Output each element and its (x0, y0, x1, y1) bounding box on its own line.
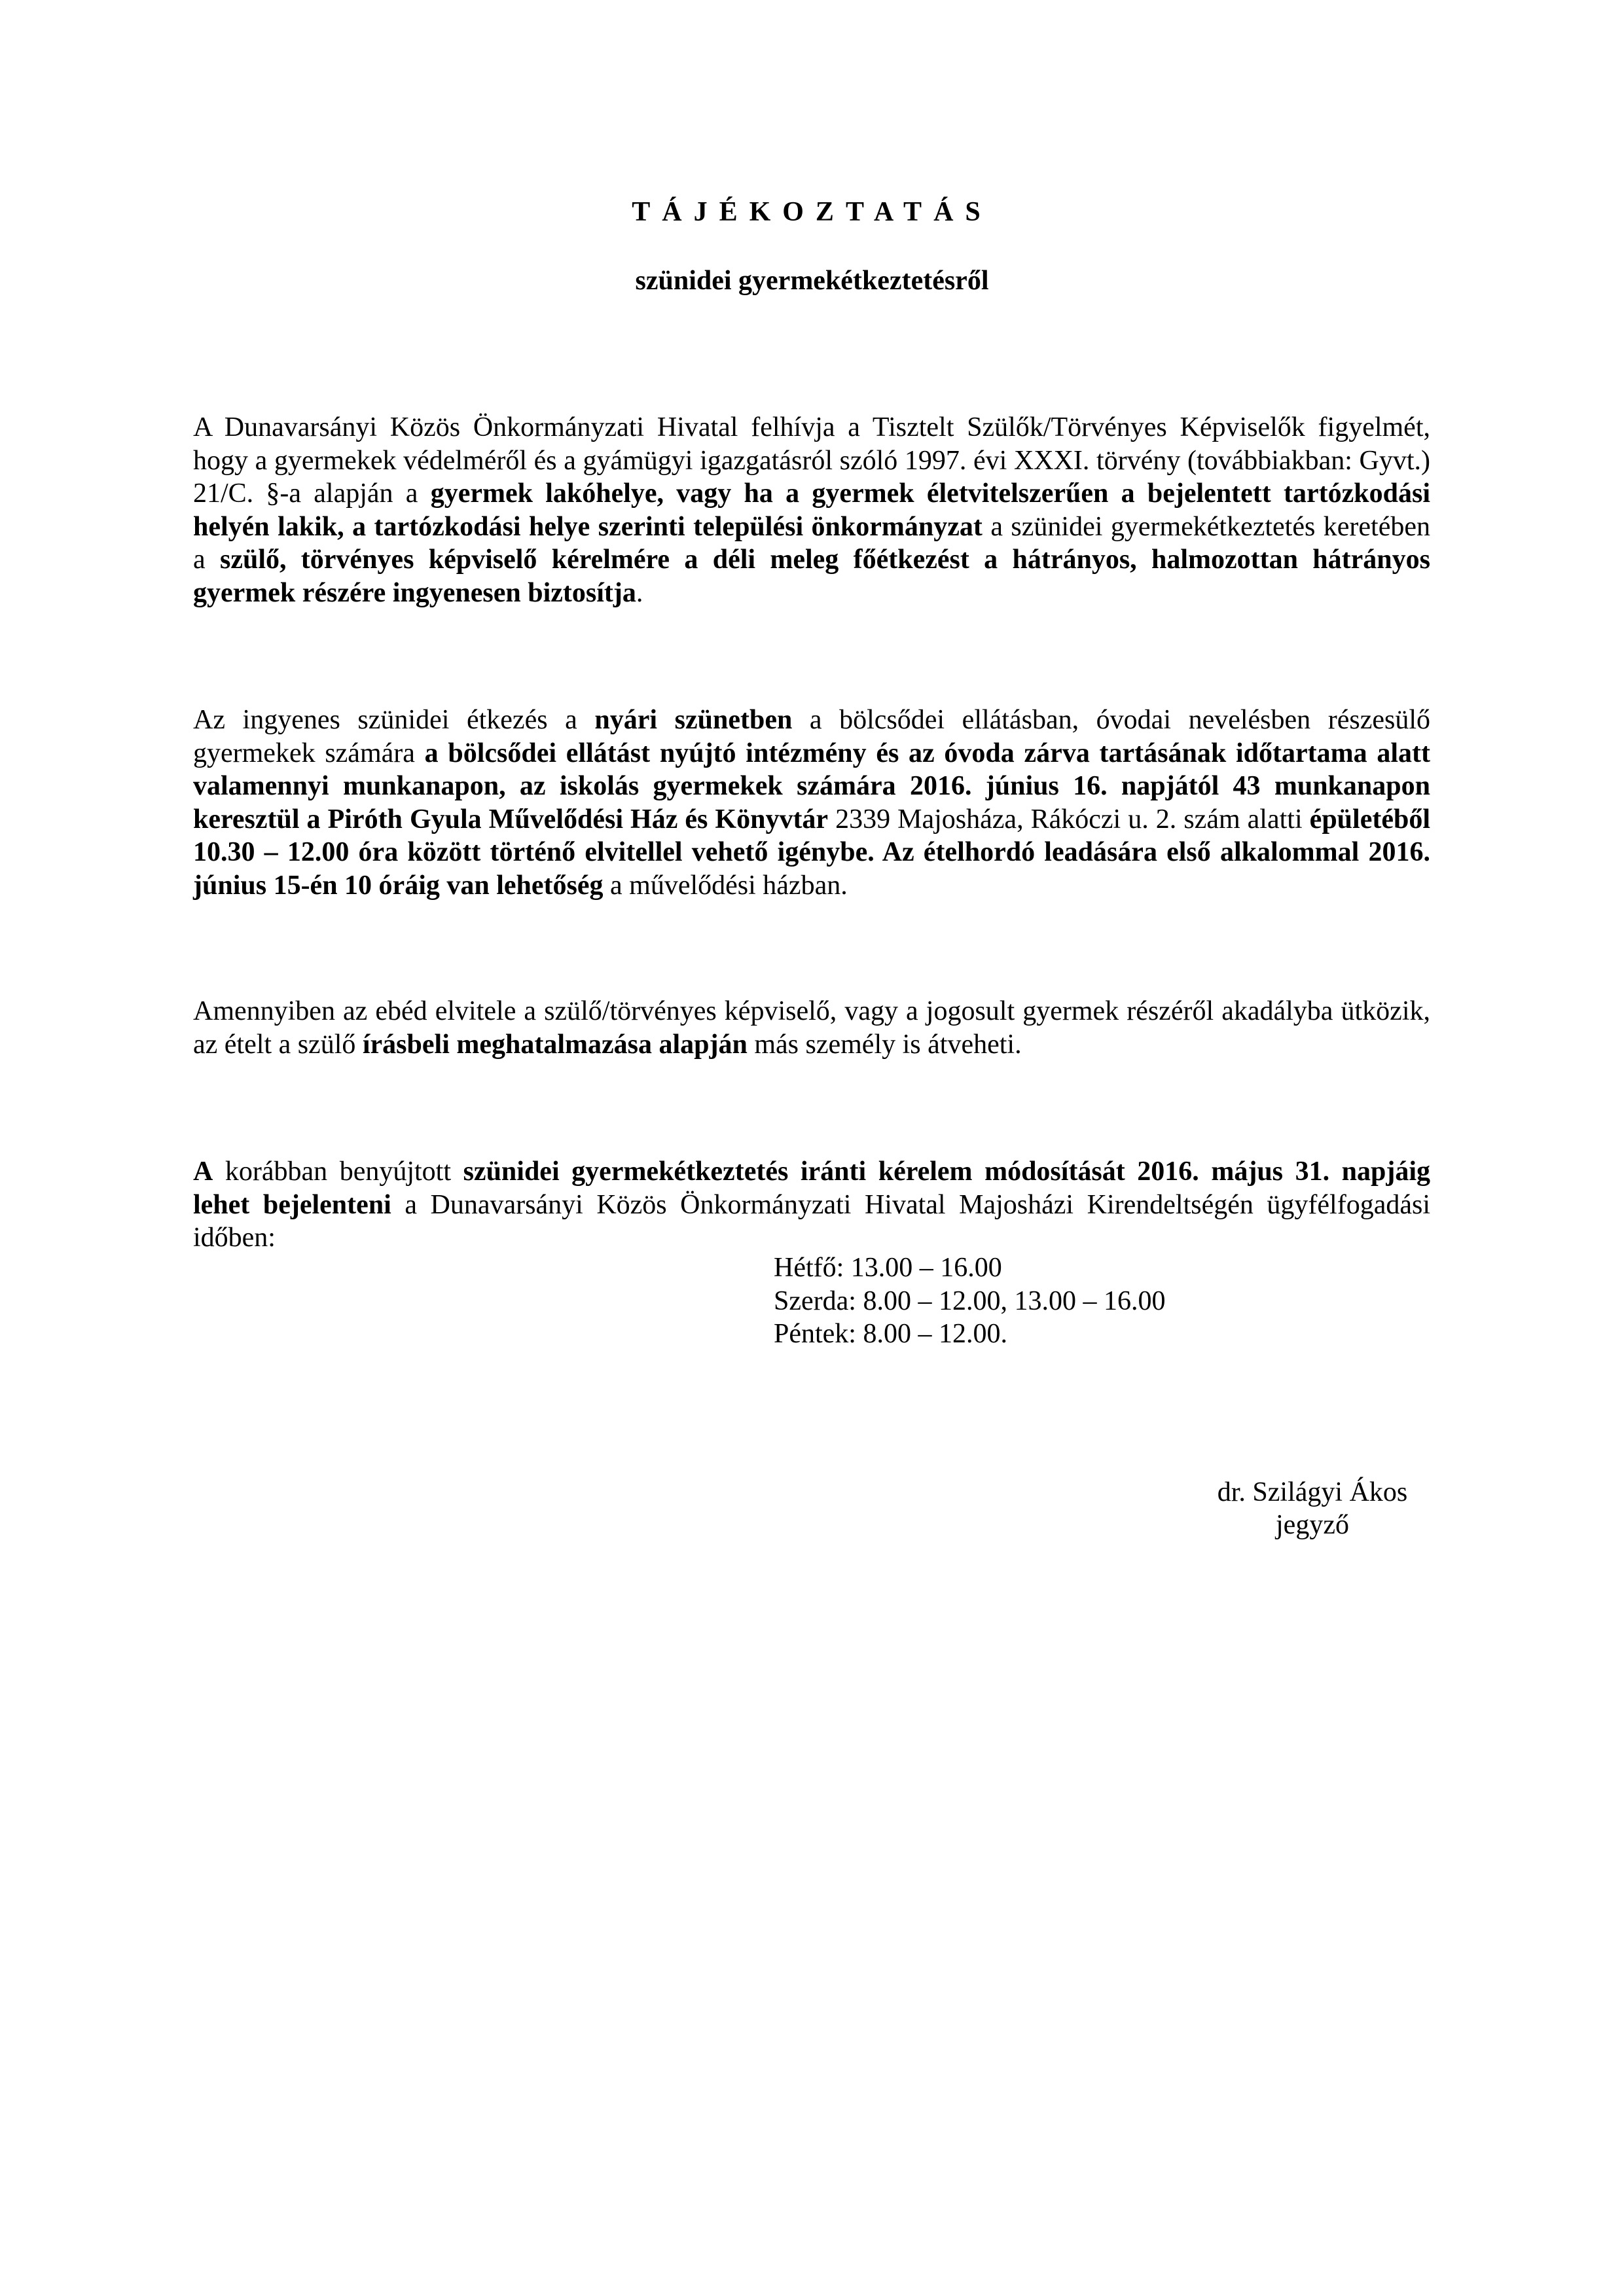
paragraph-authorization: Amennyiben az ebéd elvitele a szülő/törv… (193, 995, 1430, 1061)
emphasized-text: A (193, 1157, 213, 1187)
body-text-run: más személy is átveheti. (748, 1030, 1022, 1060)
body-text-run: 2339 Majosháza, Rákóczi u. 2. szám alatt… (828, 804, 1310, 834)
emphasized-text: nyári szünetben (594, 705, 792, 735)
signature-block: dr. Szilágyi Ákos jegyző (1165, 1476, 1460, 1541)
office-hours-wednesday: Szerda: 8.00 – 12.00, 13.00 – 16.00 (774, 1285, 1165, 1318)
office-hours-friday: Péntek: 8.00 – 12.00. (774, 1318, 1165, 1351)
document-page: TÁJÉKOZTATÁS szünidei gyermekétkeztetésr… (0, 0, 1624, 2296)
emphasized-text: írásbeli meghatalmazása alapján (363, 1030, 748, 1060)
office-hours-monday: Hétfő: 13.00 – 16.00 (774, 1251, 1165, 1285)
body-text-run: a művelődési házban. (604, 870, 848, 901)
body-text-run: Az ingyenes szünidei étkezés a (193, 705, 594, 735)
emphasized-text: szülő, törvényes képviselő kérelmére a d… (193, 545, 1430, 608)
signatory-role: jegyző (1165, 1509, 1460, 1541)
paragraph-modification: A korábban benyújtott szünidei gyermekét… (193, 1155, 1430, 1255)
signatory-name: dr. Szilágyi Ákos (1165, 1476, 1460, 1509)
body-text-run: . (636, 578, 643, 608)
office-hours-list: Hétfő: 13.00 – 16.00 Szerda: 8.00 – 12.0… (774, 1251, 1165, 1351)
paragraph-legal-basis: A Dunavarsányi Közös Önkormányzati Hivat… (193, 411, 1430, 609)
body-text-run: korábban benyújtott (213, 1157, 463, 1187)
document-subtitle: szünidei gyermekétkeztetésről (0, 265, 1624, 296)
paragraph-meal-schedule: Az ingyenes szünidei étkezés a nyári szü… (193, 704, 1430, 902)
document-title: TÁJÉKOZTATÁS (0, 196, 1624, 228)
